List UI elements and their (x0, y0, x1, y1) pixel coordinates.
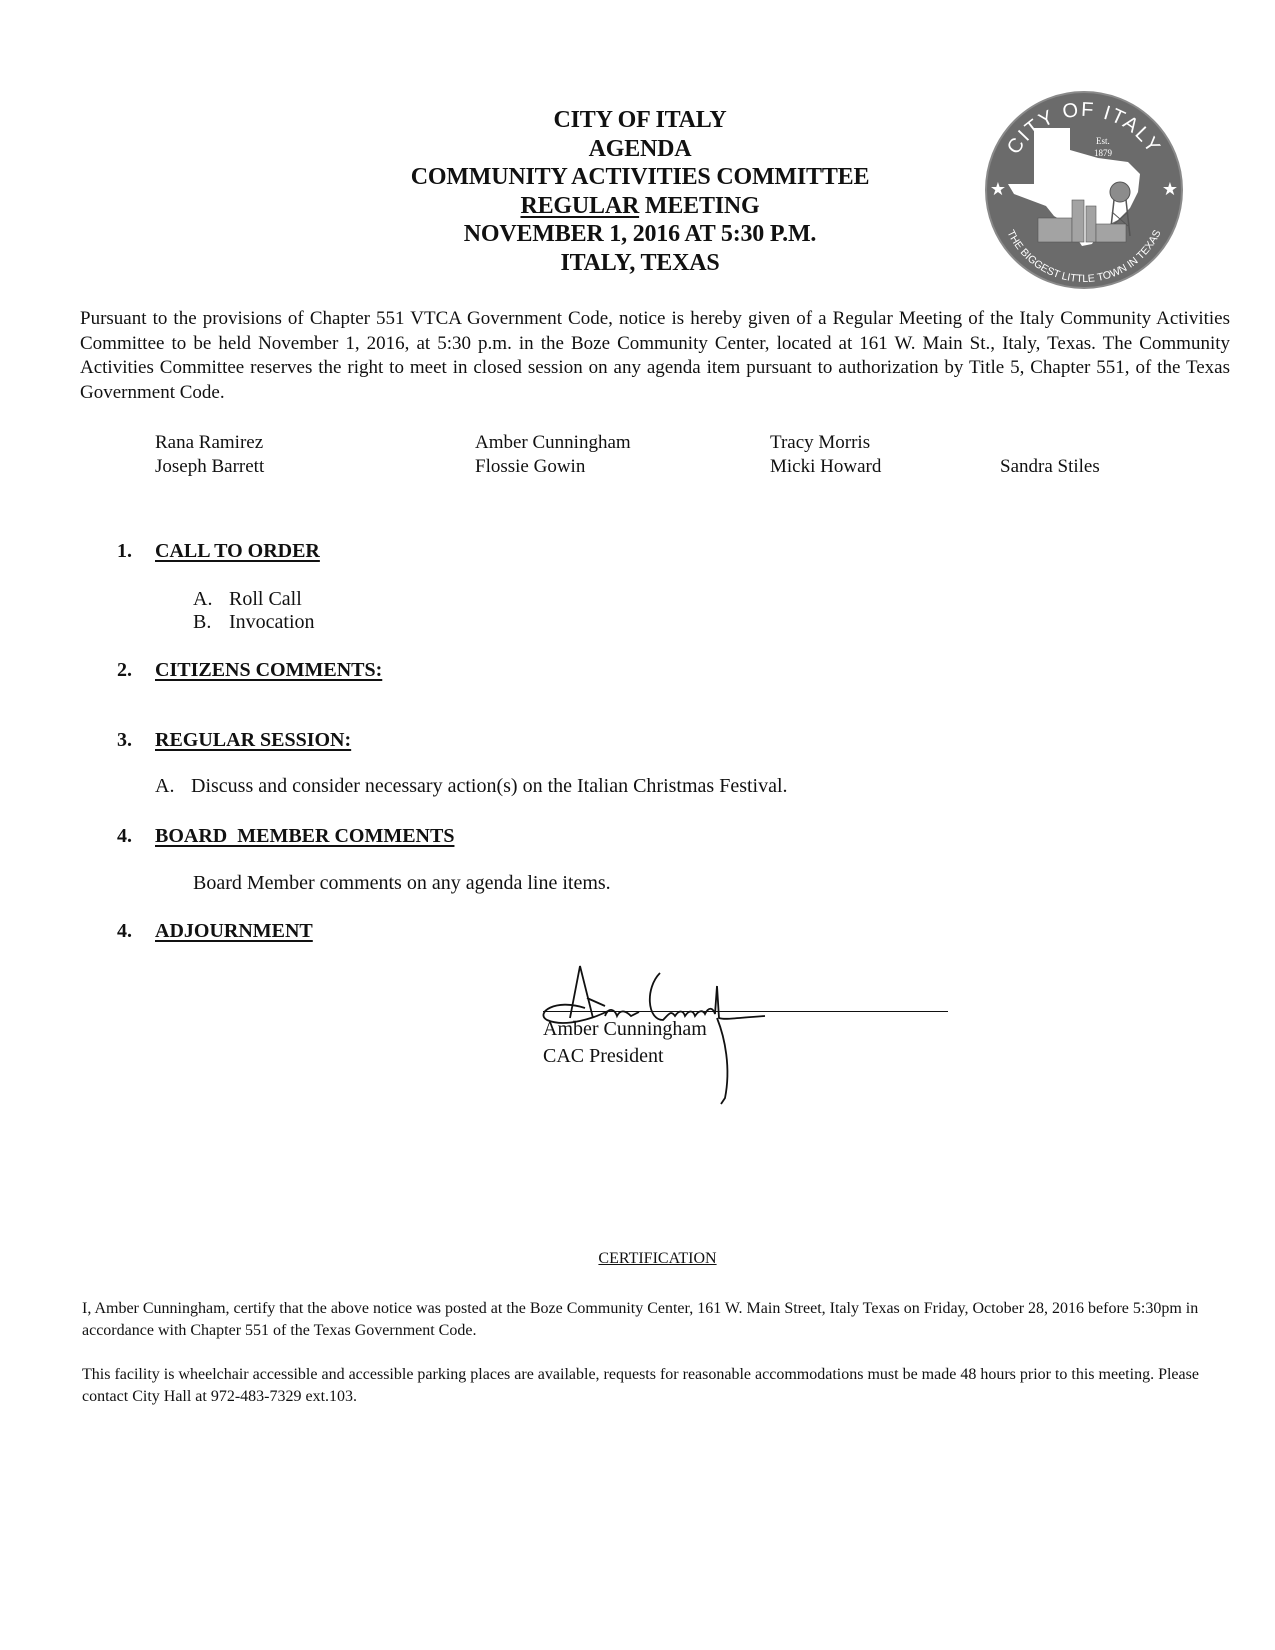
section-number: 1. (117, 540, 132, 563)
agenda-item-christmas-festival: A.Discuss and consider necessary action(… (155, 775, 788, 798)
member-name: Joseph Barrett (155, 455, 264, 479)
item-label: A. (193, 588, 229, 611)
member-name: Micki Howard (770, 455, 881, 479)
item-label: B. (193, 611, 229, 634)
city-seal-logo: ★ ★ CITY OF ITALY THE BIGGEST LITTLE TOW… (978, 88, 1190, 292)
section-title-call-to-order: CALL TO ORDER (155, 540, 320, 563)
header-agenda: AGENDA (340, 135, 940, 164)
member-name: Amber Cunningham (475, 431, 631, 455)
header-meeting-type: REGULAR MEETING (340, 192, 940, 221)
accessibility-notice: This facility is wheelchair accessible a… (82, 1364, 1202, 1408)
section-title-adjournment: ADJOURNMENT (155, 920, 313, 943)
item-text: Roll Call (229, 588, 302, 610)
header-committee: COMMUNITY ACTIVITIES COMMITTEE (340, 163, 940, 192)
section-title-citizens-comments: CITIZENS COMMENTS: (155, 659, 382, 682)
header-city: CITY OF ITALY (340, 106, 940, 135)
agenda-item-roll-call: A.Roll Call (193, 588, 302, 611)
member-name: Sandra Stiles (1000, 455, 1100, 479)
section-number: 4. (117, 920, 132, 943)
agenda-item-invocation: B.Invocation (193, 611, 315, 634)
item-text: Invocation (229, 611, 315, 633)
document-header: CITY OF ITALY AGENDA COMMUNITY ACTIVITIE… (340, 106, 940, 277)
signature-line (543, 1011, 948, 1012)
section-number: 3. (117, 729, 132, 752)
signer-title: CAC President (543, 1045, 664, 1068)
star-right-icon: ★ (1162, 179, 1178, 200)
seal-est-label: Est. (1096, 136, 1110, 146)
member-name: Rana Ramirez (155, 431, 263, 455)
member-name: Flossie Gowin (475, 455, 585, 479)
section-title-regular-session: REGULAR SESSION: (155, 729, 351, 752)
section-number: 4. (117, 825, 132, 848)
meeting-type-rest: MEETING (639, 193, 759, 219)
star-left-icon: ★ (990, 179, 1006, 200)
section-title-board-member-comments: BOARD MEMBER COMMENTS (155, 825, 454, 848)
certification-text: I, Amber Cunningham, certify that the ab… (82, 1298, 1202, 1342)
section-number: 2. (117, 659, 132, 682)
header-datetime: NOVEMBER 1, 2016 AT 5:30 P.M. (340, 220, 940, 249)
notice-paragraph: Pursuant to the provisions of Chapter 55… (80, 307, 1230, 405)
header-location: ITALY, TEXAS (340, 249, 940, 278)
item-text: Discuss and consider necessary action(s)… (191, 775, 788, 797)
item-label: A. (155, 775, 191, 798)
signer-name: Amber Cunningham (543, 1018, 707, 1041)
certification-heading: CERTIFICATION (0, 1250, 1275, 1268)
meeting-type-regular: REGULAR (520, 193, 639, 219)
member-name: Tracy Morris (770, 431, 870, 455)
seal-est-year: 1879 (1094, 148, 1113, 158)
board-comments-text: Board Member comments on any agenda line… (193, 872, 611, 895)
